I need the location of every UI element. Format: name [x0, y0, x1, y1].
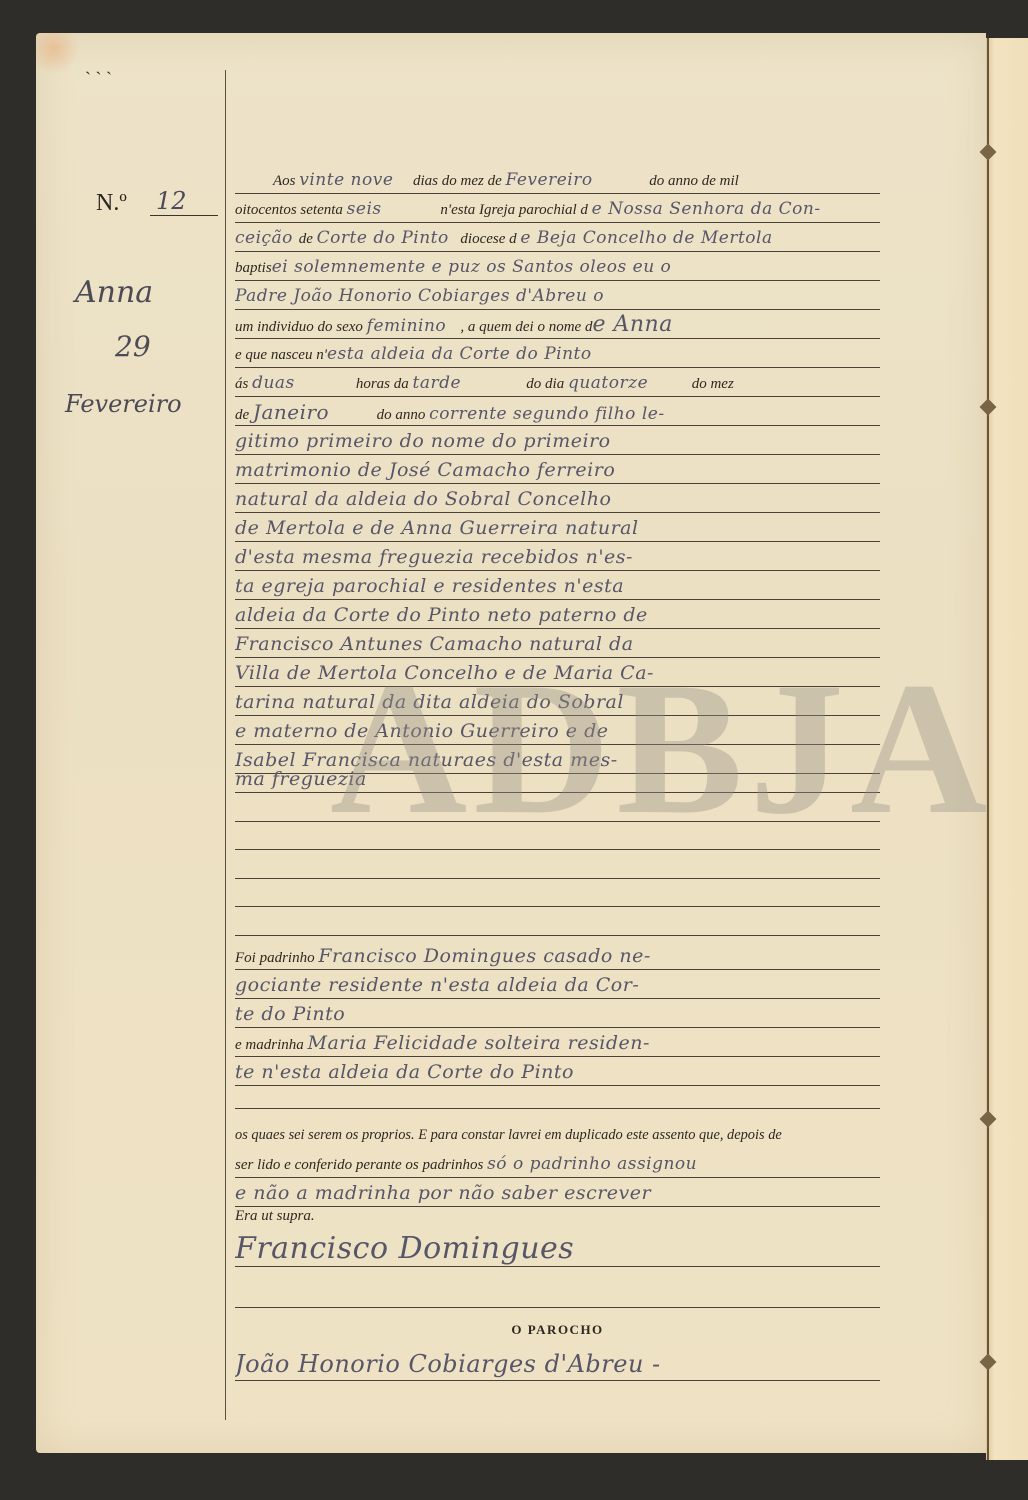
parocho-label: O PAROCHO	[235, 1322, 880, 1338]
record-line: um individuo do sexo feminino , a quem d…	[235, 312, 880, 339]
padrinho-line: te do Pinto	[235, 1001, 880, 1028]
godfather-signature-line: Francisco Domingues	[235, 1232, 880, 1267]
closing-line: ser lido e conferido perante os padrinho…	[235, 1151, 880, 1178]
record-line: Padre João Honorio Cobiarges d'Abreu o	[235, 283, 880, 310]
margin-month: Fevereiro	[65, 390, 182, 418]
record-line: e que nasceu n'esta aldeia da Corte do P…	[235, 341, 880, 368]
record-line: oitocentos setenta seis n'esta Igreja pa…	[235, 196, 880, 223]
record-line: baptisei solemnemente e puz os Santos ol…	[235, 254, 880, 281]
madrinha-line: e madrinha Maria Felicidade solteira res…	[235, 1030, 880, 1057]
margin-day: 29	[115, 330, 151, 363]
closing-text: os quaes sei serem os proprios. E para c…	[235, 1122, 880, 1148]
record-line: aldeia da Corte do Pinto neto paterno de	[235, 602, 880, 629]
record-line: d'esta mesma freguezia recebidos n'es-	[235, 544, 880, 571]
blank-rule	[235, 878, 880, 879]
padrinho-line: Foi padrinho Francisco Domingues casado …	[235, 943, 880, 970]
record-line: ceição de Corte do Pinto diocese d e Bej…	[235, 225, 880, 252]
record-line: de Mertola e de Anna Guerreira natural	[235, 515, 880, 542]
record-line: de Janeiro do anno corrente segundo filh…	[235, 399, 880, 426]
era-text: Era ut supra.	[235, 1203, 880, 1229]
record-line: Aos vinte nove dias do mez de Fevereiro …	[235, 167, 880, 194]
entry-number-label: N.º	[96, 190, 127, 217]
record-line: gitimo primeiro do nome do primeiro	[235, 428, 880, 455]
blank-rule	[235, 1108, 880, 1109]
record-line: natural da aldeia do Sobral Concelho	[235, 486, 880, 513]
paper-stain	[36, 33, 81, 73]
ink-marks: ˴ ˴ ˴	[85, 60, 112, 81]
blank-rule	[235, 1307, 880, 1308]
margin-name: Anna	[75, 275, 153, 310]
padrinho-line: gociante residente n'esta aldeia da Cor-	[235, 972, 880, 999]
blank-rule	[235, 935, 880, 936]
record-line: ta egreja parochial e residentes n'esta	[235, 573, 880, 600]
watermark: ADBJA	[330, 640, 993, 858]
entry-number: 12	[150, 187, 218, 216]
parocho-signature-line: João Honorio Cobiarges d'Abreu -	[235, 1348, 880, 1381]
madrinha-line: te n'esta aldeia da Corte do Pinto	[235, 1059, 880, 1086]
margin-line	[225, 70, 226, 1420]
record-line: matrimonio de José Camacho ferreiro	[235, 457, 880, 484]
record-line: ás duas horas da tarde do dia quatorze d…	[235, 370, 880, 397]
blank-rule	[235, 906, 880, 907]
